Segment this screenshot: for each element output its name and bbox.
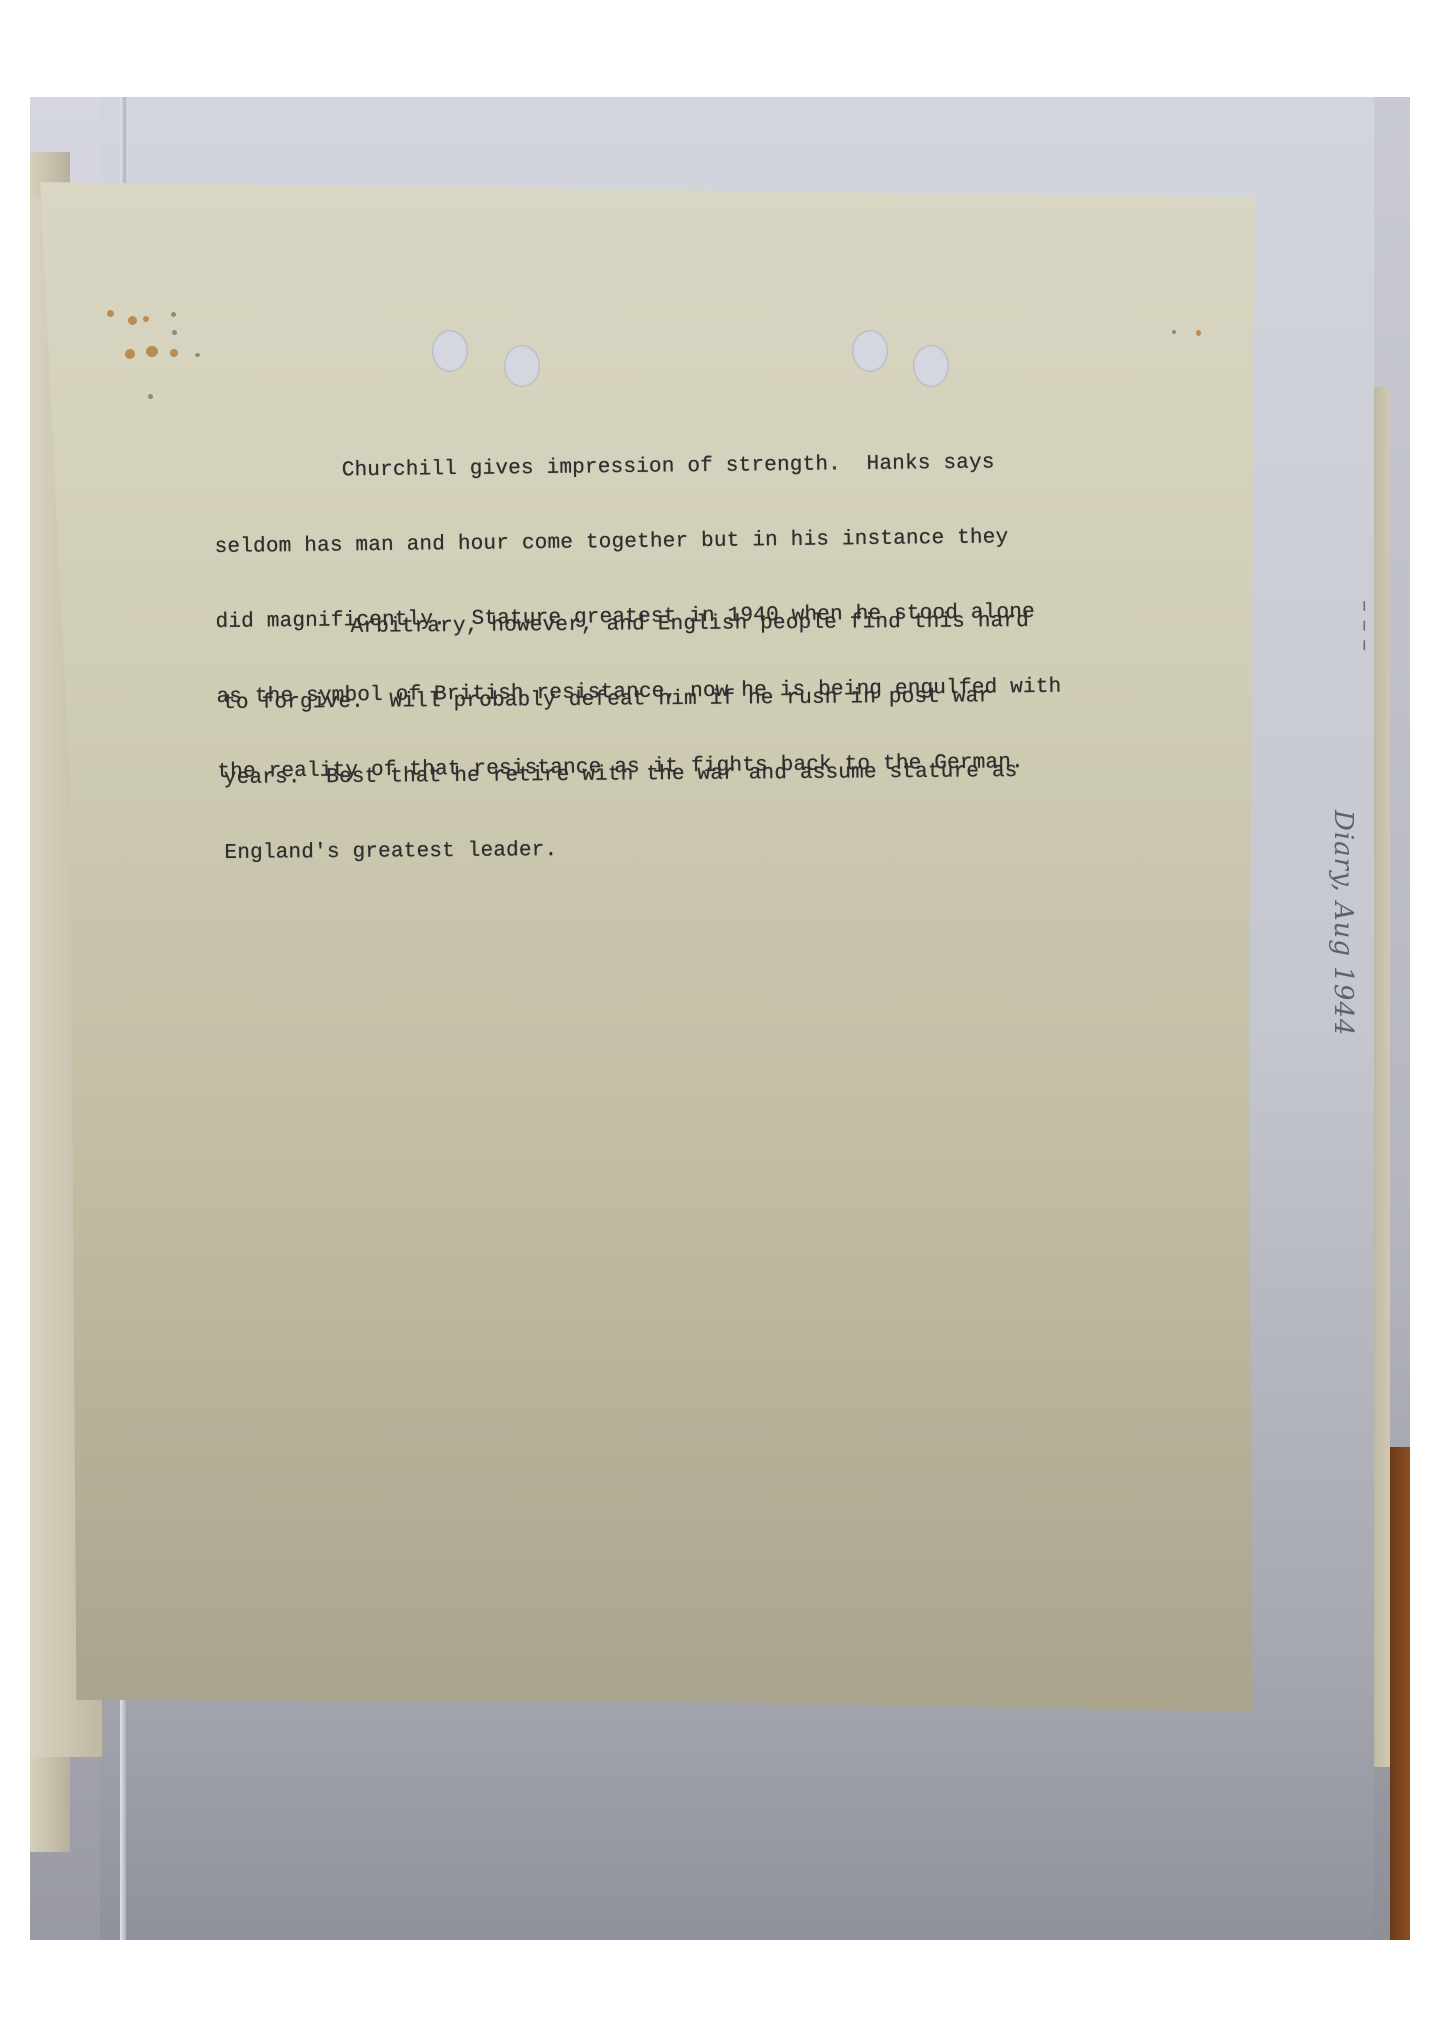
- rust-stain-icon: [1172, 330, 1176, 334]
- punch-hole-icon: [432, 330, 468, 372]
- handwritten-margin-note: Diary, Aug 1944: [1328, 810, 1358, 1036]
- paragraph-2-line: England's greatest leader.: [224, 834, 1031, 866]
- punch-hole-icon: [504, 345, 540, 387]
- paragraph-1-line: seldom has man and hour come together bu…: [215, 525, 1060, 560]
- paragraph-2-line: Arbitrary, however, and English people f…: [222, 609, 1029, 641]
- rust-stain-icon: [128, 316, 137, 325]
- rust-stain-icon: [1196, 330, 1201, 336]
- rust-stain-icon: [172, 330, 177, 335]
- rust-stain-icon: [170, 349, 178, 357]
- paragraph-2-line: to forgive. Will probably defeat him if …: [223, 684, 1030, 716]
- rust-stain-icon: [195, 353, 200, 357]
- paragraph-2-line: years. Best that he retire with the war …: [224, 759, 1031, 791]
- wooden-edge: [1390, 1447, 1410, 1940]
- rust-stain-icon: [125, 349, 135, 359]
- rust-stain-icon: [148, 394, 153, 399]
- handwritten-margin-marks: – – –: [1352, 600, 1380, 651]
- rust-stain-icon: [143, 316, 149, 322]
- paragraph-1-line: Churchill gives impression of strength. …: [214, 450, 1059, 485]
- rust-stain-icon: [107, 310, 114, 317]
- rust-stain-icon: [146, 346, 158, 357]
- paragraph-2: Arbitrary, however, and English people f…: [222, 559, 1031, 891]
- punch-hole-icon: [913, 345, 949, 387]
- right-tab-sheet: [1374, 387, 1390, 1767]
- rust-stain-icon: [171, 312, 176, 317]
- punch-hole-icon: [852, 330, 888, 372]
